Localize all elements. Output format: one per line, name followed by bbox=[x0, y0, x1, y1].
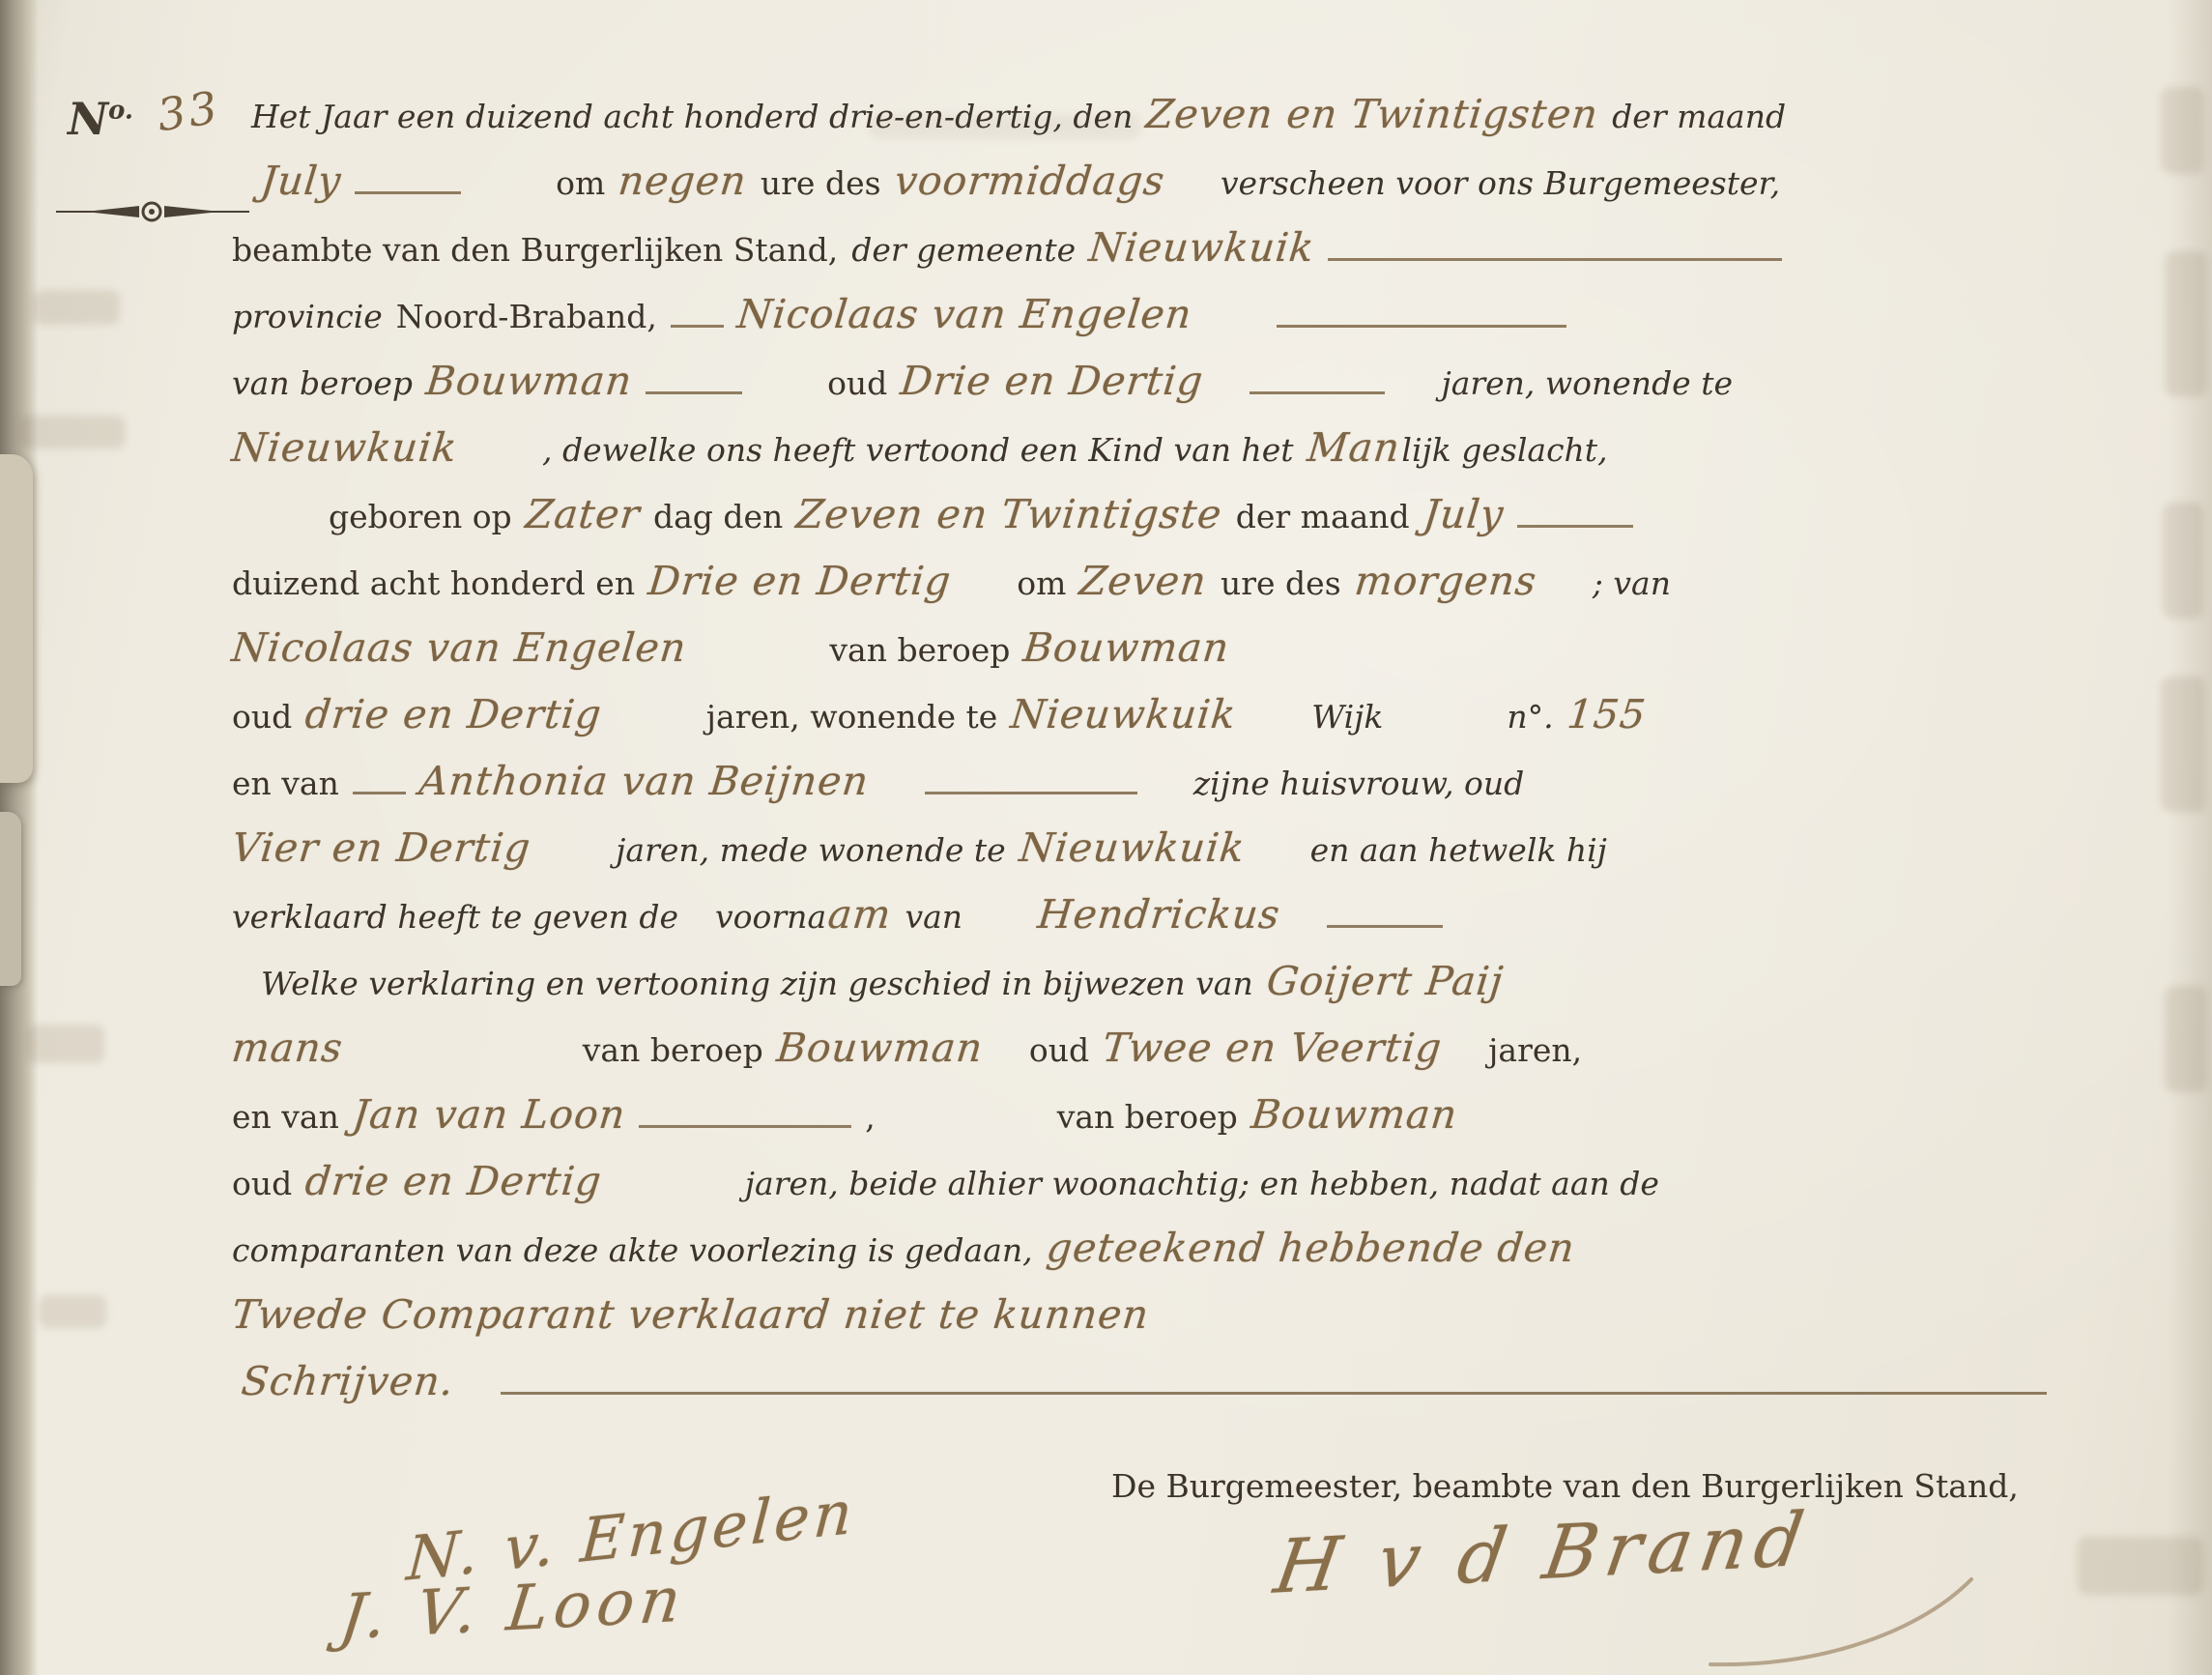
blank-rule bbox=[646, 384, 742, 394]
handwritten-entry: Man bbox=[1304, 415, 1403, 481]
spacer bbox=[1205, 326, 1263, 328]
spacer bbox=[1151, 793, 1180, 794]
spacer bbox=[1217, 392, 1236, 394]
printed-text: duizend acht honderd en bbox=[232, 564, 635, 602]
handwritten-entry: Jan van Loon bbox=[349, 1082, 629, 1148]
handwritten-entry: Zeven en Twintigste bbox=[793, 481, 1226, 548]
handwritten-entry: Drie en Dertig bbox=[898, 348, 1207, 415]
printed-text: geboren op bbox=[329, 498, 512, 535]
act-line: beambte van den Burgerlijken Stand,der g… bbox=[232, 215, 2174, 281]
printed-text: oud bbox=[232, 698, 292, 736]
handwritten-entry: Nieuwkuik bbox=[228, 415, 460, 481]
printed-text-italic: der gemeente bbox=[851, 231, 1076, 269]
printed-text: dag den bbox=[653, 498, 783, 535]
handwritten-entry: Anthonia van Beijnen bbox=[416, 748, 872, 815]
closing-officer-line: De Burgemeester, beambte van den Burgerl… bbox=[1111, 1467, 2019, 1505]
spacer bbox=[700, 659, 816, 661]
act-number-label: N bbox=[68, 93, 108, 145]
printed-text: Noord-Braband, bbox=[396, 298, 657, 335]
handwritten-entry: geteekend hebbende den bbox=[1043, 1215, 1578, 1282]
act-line: Nieuwkuik, dewelke ons heeft vertoond ee… bbox=[232, 415, 2174, 481]
spacer bbox=[471, 459, 529, 461]
handwritten-entry: Twee en Veertig bbox=[1099, 1015, 1445, 1082]
handwritten-entry: Drie en Dertig bbox=[645, 548, 954, 615]
handwritten-entry: Nieuwkuik bbox=[1016, 815, 1248, 881]
handwritten-entry: Zeven bbox=[1077, 548, 1211, 615]
printed-text-italic: Het Jaar een duizend acht honderd drie-e… bbox=[251, 98, 1133, 135]
printed-text-italic: voorna bbox=[715, 898, 826, 936]
printed-text-italic: Welke verklaring en vertooning zijn gesc… bbox=[261, 965, 1253, 1002]
handwritten-entry: Bouwman bbox=[1020, 615, 1233, 681]
bleedthrough-smudge bbox=[27, 1025, 104, 1063]
blank-rule bbox=[355, 184, 461, 194]
handwritten-entry: Bouwman bbox=[773, 1015, 986, 1082]
blank-rule bbox=[1250, 384, 1385, 394]
blank-rule bbox=[639, 1117, 851, 1128]
spacer bbox=[357, 1059, 569, 1061]
handwritten-entry: Nieuwkuik bbox=[1008, 681, 1240, 748]
act-body: Het Jaar een duizend acht honderd drie-e… bbox=[232, 81, 2174, 1415]
spacer bbox=[889, 1126, 1044, 1128]
act-line: van beroepBouwmanoudDrie en Dertigjaren,… bbox=[232, 348, 2174, 415]
printed-text: der maand bbox=[1236, 498, 1410, 535]
handwritten-entry: negen bbox=[616, 148, 751, 215]
printed-text-italic: Wijk bbox=[1311, 698, 1383, 736]
printed-text-italic: der maand bbox=[1612, 98, 1786, 135]
act-line: duizend acht honderd enDrie en DertigomZ… bbox=[232, 548, 2174, 615]
act-line: Vier en Dertigjaren, mede wonende teNieu… bbox=[232, 815, 2174, 881]
printed-text-italic: ; van bbox=[1593, 564, 1671, 602]
printed-text-italic: lijk geslacht, bbox=[1401, 431, 1607, 469]
handwritten-entry: Zeven en Twintigsten bbox=[1143, 81, 1602, 148]
bleedthrough-smudge bbox=[2078, 1537, 2203, 1595]
handwritten-entry: Bouwman bbox=[1248, 1082, 1460, 1148]
spacer bbox=[996, 1059, 1016, 1061]
handwritten-entry: Nicolaas van Engelen bbox=[228, 615, 690, 681]
spacer bbox=[964, 592, 1003, 594]
spacer bbox=[1178, 192, 1207, 194]
handwritten-entry: Schrijven. bbox=[238, 1348, 457, 1415]
act-line: Twede Comparant verklaard niet te kunnen bbox=[232, 1282, 2174, 1348]
spacer bbox=[882, 793, 911, 794]
handwritten-entry: drie en Dertig bbox=[302, 681, 606, 748]
handwritten-entry: July bbox=[257, 148, 344, 215]
printed-text-italic: van beroep bbox=[232, 364, 413, 402]
printed-text: oud bbox=[232, 1165, 292, 1202]
blank-rule bbox=[501, 1384, 2047, 1395]
bleedthrough-smudge bbox=[33, 290, 120, 325]
handwritten-entry: Hendrickus bbox=[1034, 881, 1283, 948]
printed-text-italic: zijne huisvrouw, oud bbox=[1193, 765, 1525, 802]
printed-text: om bbox=[1017, 564, 1066, 602]
act-line: mansvan beroepBouwmanoudTwee en Veertigj… bbox=[232, 1015, 2174, 1082]
spacer bbox=[1396, 726, 1493, 728]
signature-flourish-partial bbox=[1681, 1575, 2000, 1675]
blank-rule bbox=[925, 784, 1137, 794]
spacer bbox=[692, 926, 702, 928]
handwritten-entry: July bbox=[1420, 481, 1507, 548]
handwritten-entry: 155 bbox=[1564, 681, 1650, 748]
spacer bbox=[976, 926, 1024, 928]
handwritten-entry: Vier en Dertig bbox=[228, 815, 533, 881]
handwritten-entry: Nicolaas van Engelen bbox=[733, 281, 1195, 348]
printed-text: ure des bbox=[1221, 564, 1341, 602]
handwritten-entry: Goijert Paij bbox=[1263, 948, 1507, 1015]
printed-text: ure des bbox=[761, 164, 881, 202]
act-line: provincieNoord-Braband,Nicolaas van Enge… bbox=[232, 281, 2174, 348]
act-line: Het Jaar een duizend acht honderd drie-e… bbox=[232, 81, 2174, 148]
printed-text-italic: van bbox=[905, 898, 962, 936]
printed-text-italic: provincie bbox=[232, 298, 383, 335]
handwritten-entry: mans bbox=[228, 1015, 346, 1082]
act-number-label-sup: o. bbox=[108, 97, 133, 126]
act-number-value: 33 bbox=[154, 81, 222, 141]
act-line: Julyomnegenure desvoormiddagsverscheen v… bbox=[232, 148, 2174, 215]
handwritten-entry: morgens bbox=[1351, 548, 1539, 615]
act-line: en vanJan van Loon,van beroepBouwman bbox=[232, 1082, 2174, 1148]
act-number: No.33 bbox=[68, 93, 221, 145]
act-line: Schrijven. bbox=[232, 1348, 2174, 1415]
act-line: ouddrie en Dertigjaren, beide alhier woo… bbox=[232, 1148, 2174, 1215]
printed-text-italic: jaren, beide alhier woonachtig; en hebbe… bbox=[745, 1165, 1659, 1202]
printed-text: van beroep bbox=[1057, 1098, 1238, 1136]
signature-witness: J. V. Loon bbox=[336, 1564, 691, 1654]
spacer bbox=[616, 1193, 732, 1195]
spacer bbox=[1250, 726, 1298, 728]
spacer bbox=[1550, 592, 1579, 594]
blank-rule bbox=[671, 317, 724, 328]
printed-text: en van bbox=[232, 765, 339, 802]
handwritten-entry: Zater bbox=[522, 481, 644, 548]
printed-text: beambte van den Burgerlijken Stand, bbox=[232, 231, 838, 269]
printed-text: van beroep bbox=[829, 631, 1010, 669]
blank-rule bbox=[353, 784, 406, 794]
ornament-divider-icon bbox=[56, 201, 249, 226]
printed-text: jaren, wonende te bbox=[706, 698, 998, 736]
spacer bbox=[474, 192, 542, 194]
handwritten-entry: voormiddags bbox=[891, 148, 1168, 215]
printed-text: oud bbox=[827, 364, 887, 402]
spacer bbox=[1398, 392, 1427, 394]
handwritten-entry: Twede Comparant verklaard niet te kunnen bbox=[228, 1282, 1152, 1348]
printed-text-italic: jaren, mede wonende te bbox=[616, 831, 1006, 869]
act-line: verklaard heeft te geven devoornaamvanHe… bbox=[232, 881, 2174, 948]
spacer bbox=[544, 859, 602, 861]
act-line: Welke verklaring en vertooning zijn gesc… bbox=[232, 948, 2174, 1015]
printed-text-italic: verscheen voor ons Burgemeester, bbox=[1221, 164, 1780, 202]
spacer bbox=[1455, 1059, 1475, 1061]
act-line: en vanAnthonia van Beijnenzijne huisvrou… bbox=[232, 748, 2174, 815]
spacer bbox=[616, 726, 693, 728]
torn-paper-edge bbox=[0, 812, 21, 986]
blank-rule bbox=[1277, 317, 1566, 328]
spacer bbox=[1258, 859, 1297, 861]
act-line: comparanten van deze akte voorlezing is … bbox=[232, 1215, 2174, 1282]
birth-record-page: No.33 Het Jaar een duizend acht honderd … bbox=[0, 0, 2212, 1675]
act-line: ouddrie en Dertigjaren, wonende teNieuwk… bbox=[232, 681, 2174, 748]
printed-text-italic: jaren, wonende te bbox=[1441, 364, 1733, 402]
spacer bbox=[1294, 926, 1313, 928]
printed-text: om bbox=[556, 164, 605, 202]
printed-text: van beroep bbox=[583, 1031, 763, 1069]
act-line: Nicolaas van Engelenvan beroepBouwman bbox=[232, 615, 2174, 681]
handwritten-entry: am bbox=[824, 881, 895, 948]
printed-text: jaren, bbox=[1488, 1031, 1582, 1069]
printed-text: en van bbox=[232, 1098, 339, 1136]
printed-text-italic: en aan hetwelk hij bbox=[1310, 831, 1607, 869]
handwritten-entry: Nieuwkuik bbox=[1086, 215, 1318, 281]
act-line: geboren opZaterdag denZeven en Twintigst… bbox=[232, 481, 2174, 548]
printed-text-italic: n°. bbox=[1507, 698, 1553, 736]
blank-rule bbox=[1327, 917, 1443, 928]
handwritten-entry: Bouwman bbox=[422, 348, 635, 415]
spacer bbox=[468, 1393, 487, 1395]
handwritten-entry: drie en Dertig bbox=[302, 1148, 606, 1215]
torn-paper-edge bbox=[0, 454, 33, 783]
printed-text: , bbox=[865, 1098, 876, 1136]
blank-rule bbox=[1328, 250, 1782, 261]
bleedthrough-smudge bbox=[19, 416, 126, 448]
printed-text-italic: verklaard heeft te geven de bbox=[232, 898, 678, 936]
printed-text-italic: , dewelke ons heeft vertoond een Kind va… bbox=[542, 431, 1294, 469]
spacer bbox=[756, 392, 814, 394]
printed-text: oud bbox=[1029, 1031, 1089, 1069]
blank-rule bbox=[1517, 517, 1633, 528]
bleedthrough-smudge bbox=[39, 1295, 106, 1328]
printed-text-italic: comparanten van deze akte voorlezing is … bbox=[232, 1231, 1033, 1269]
